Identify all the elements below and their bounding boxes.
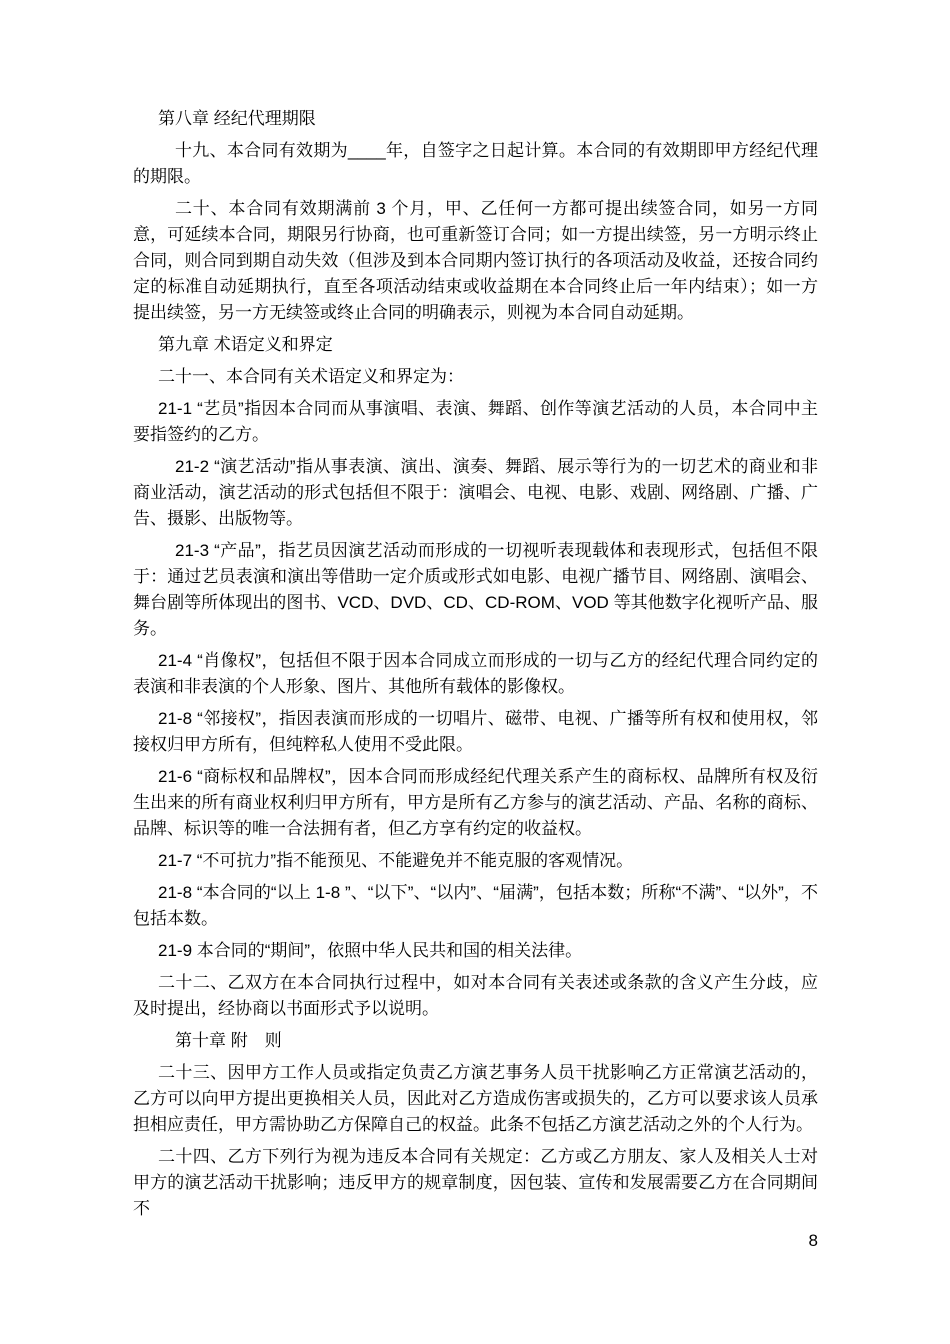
paragraph-clause-23: 二十三、因甲方工作人员或指定负责乙方演艺事务人员干扰影响乙方正常演艺活动的，乙方… — [133, 1060, 818, 1138]
contract-body: 第八章 经纪代理期限十九、本合同有效期为____年，自签字之日起计算。本合同的有… — [133, 106, 818, 1254]
page-number: 8 — [133, 1228, 818, 1254]
paragraph-term-21-8-numbers: 21-8 “本合同的“以上 1-8 ”、“以下”、“以内”、“届满”，包括本数；… — [133, 880, 818, 932]
paragraph-ch8-heading: 第八章 经纪代理期限 — [133, 106, 818, 132]
paragraph-term-21-1: 21-1 “艺员”指因本合同而从事演唱、表演、舞蹈、创作等演艺活动的人员，本合同… — [133, 396, 818, 448]
paragraph-term-21-6: 21-6 “商标权和品牌权”，因本合同而形成经纪代理关系产生的商标权、品牌所有权… — [133, 764, 818, 842]
document-page: 第八章 经纪代理期限十九、本合同有效期为____年，自签字之日起计算。本合同的有… — [0, 0, 950, 1344]
paragraph-clause-24: 二十四、乙方下列行为视为违反本合同有关规定：乙方或乙方朋友、家人及相关人士对甲方… — [133, 1144, 818, 1222]
paragraph-term-21-2: 21-2 “演艺活动”指从事表演、演出、演奏、舞蹈、展示等行为的一切艺术的商业和… — [133, 454, 818, 532]
paragraph-clause-20: 二十、本合同有效期满前 3 个月，甲、乙任何一方都可提出续签合同，如另一方同意，… — [133, 196, 818, 326]
paragraph-clause-19: 十九、本合同有效期为____年，自签字之日起计算。本合同的有效期即甲方经纪代理的… — [133, 138, 818, 190]
paragraph-ch10-heading: 第十章 附 则 — [133, 1028, 818, 1054]
paragraph-clause-21: 二十一、本合同有关术语定义和界定为： — [133, 364, 818, 390]
paragraph-term-21-8-neighboring: 21-8 “邻接权”，指因表演而形成的一切唱片、磁带、电视、广播等所有权和使用权… — [133, 706, 818, 758]
paragraph-term-21-3: 21-3 “产品”，指艺员因演艺活动而形成的一切视听表现载体和表现形式，包括但不… — [133, 538, 818, 642]
paragraph-term-21-9: 21-9 本合同的“期间”，依照中华人民共和国的相关法律。 — [133, 938, 818, 964]
paragraph-term-21-7: 21-7 “不可抗力”指不能预见、不能避免并不能克服的客观情况。 — [133, 848, 818, 874]
paragraph-term-21-4: 21-4 “肖像权”，包括但不限于因本合同成立而形成的一切与乙方的经纪代理合同约… — [133, 648, 818, 700]
paragraph-ch9-heading: 第九章 术语定义和界定 — [133, 332, 818, 358]
paragraph-clause-22: 二十二、乙双方在本合同执行过程中，如对本合同有关表述或条款的含义产生分歧，应及时… — [133, 970, 818, 1022]
